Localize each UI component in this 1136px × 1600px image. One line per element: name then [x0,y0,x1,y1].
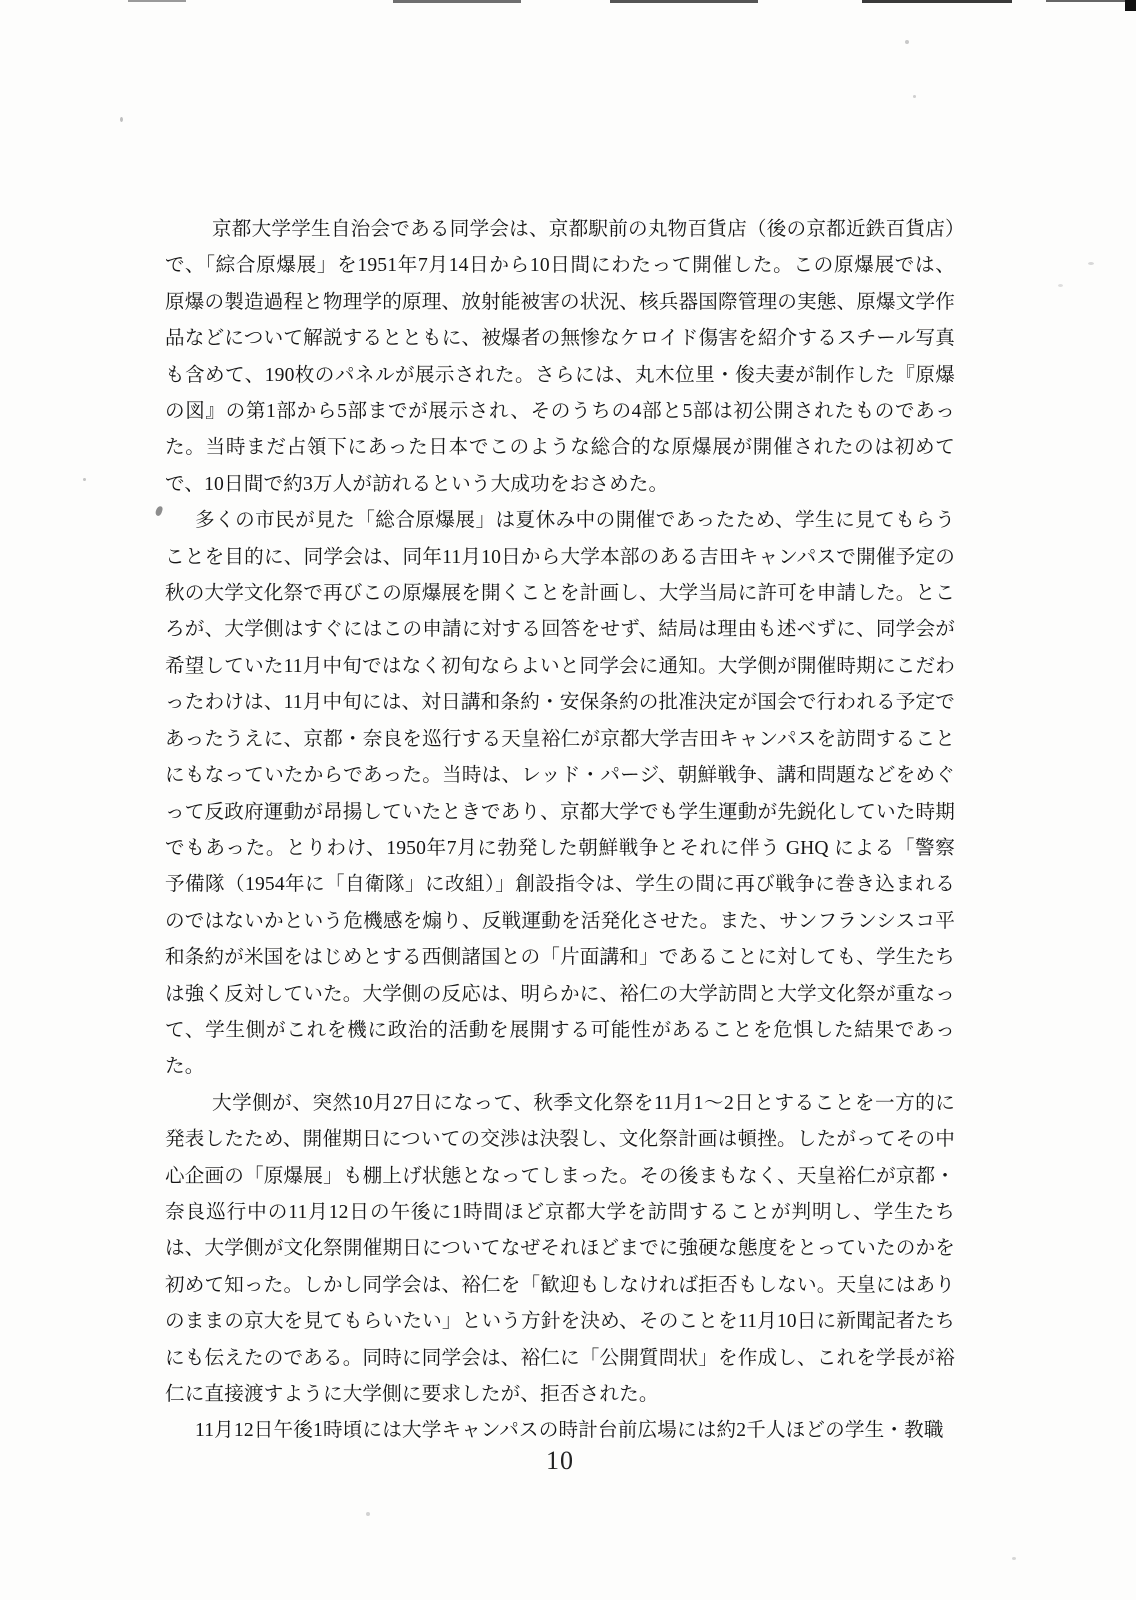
paragraph-4: 11月12日午後1時頃には大学キャンパスの時計台前広場には約2千人ほどの学生・教… [165,1413,955,1449]
paragraph-2: 多くの市民が見た「総合原爆展」は夏休み中の開催であったため、学生に見てもらうこと… [165,503,955,1086]
scan-artifact [905,40,909,44]
scan-artifact [155,505,164,516]
scan-artifact [120,117,123,122]
scan-artifact [1012,1557,1016,1560]
scan-artifact [1125,0,1136,11]
page-number: 10 [0,1446,1120,1476]
scan-artifact [128,0,186,2]
scan-artifact [1046,0,1126,2]
scan-artifact [1058,284,1063,287]
scan-artifact [913,95,916,98]
scan-artifact [610,0,758,3]
scanned-document-page: 京都大学学生自治会である同学会は、京都駅前の丸物百貨店（後の京都近鉄百貨店）で、… [0,0,1136,1600]
scan-artifact [1088,262,1094,265]
scan-artifact [862,0,1012,3]
scan-artifact [366,1512,370,1516]
scan-artifact [393,0,521,3]
scan-artifact [83,478,86,481]
paragraph-1: 京都大学学生自治会である同学会は、京都駅前の丸物百貨店（後の京都近鉄百貨店）で、… [165,212,955,503]
paragraph-3: 大学側が、突然10月27日になって、秋季文化祭を11月1～2日とすることを一方的… [165,1086,955,1414]
body-text: 京都大学学生自治会である同学会は、京都駅前の丸物百貨店（後の京都近鉄百貨店）で、… [165,212,955,1450]
